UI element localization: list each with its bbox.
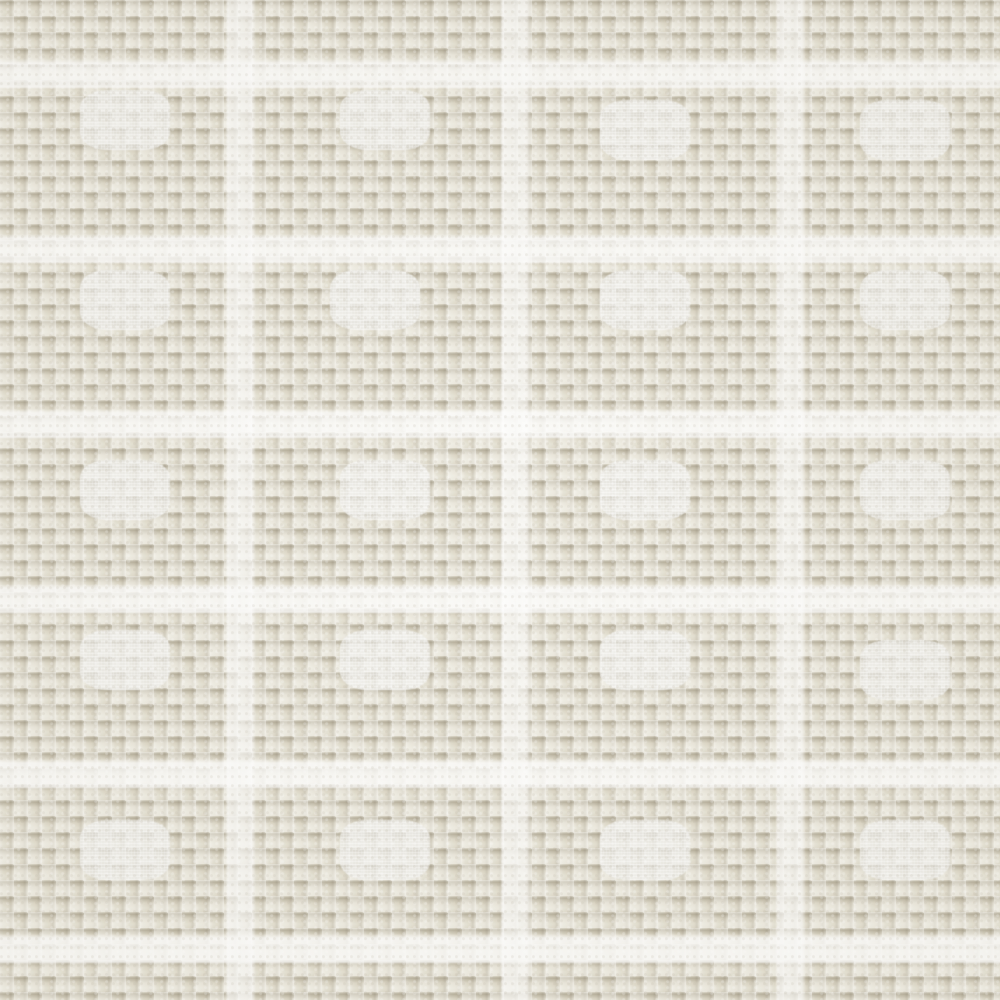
vignette xyxy=(0,0,1000,1000)
fabric-texture xyxy=(0,0,1000,1000)
